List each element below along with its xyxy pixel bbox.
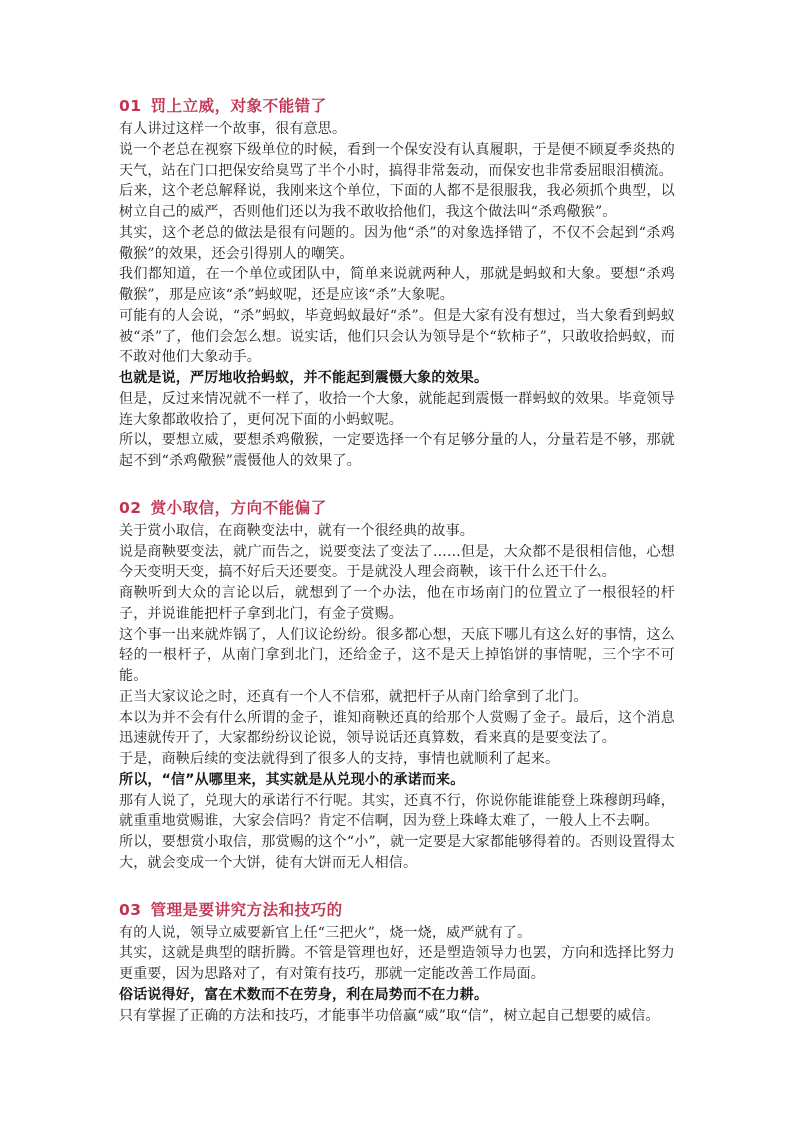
paragraph: 正当大家议论之时，还真有一个人不信邪，就把杆子从南门给拿到了北门。 bbox=[119, 687, 675, 708]
paragraph: 我们都知道，在一个单位或团队中，简单来说就两种人，那就是蚂蚁和大象。要想“杀鸡儆… bbox=[119, 264, 675, 306]
section-number: 02 bbox=[119, 499, 142, 517]
paragraph: 于是，商鞅后续的变法就得到了很多人的支持，事情也就顺利了起来。 bbox=[119, 749, 675, 770]
paragraph: 但是，反过来情况就不一样了，收拾一个大象，就能起到震慑一群蚂蚁的效果。毕竟领导连… bbox=[119, 389, 675, 431]
article-section: 01罚上立威，对象不能错了 有人讲过这样一个故事，很有意思。 说一个老总在视察下… bbox=[119, 96, 675, 472]
article-section: 02赏小取信，方向不能偏了 关于赏小取信，在商鞅变法中，就有一个很经典的故事。 … bbox=[119, 498, 675, 874]
section-heading: 03管理是要讲究方法和技巧的 bbox=[119, 900, 675, 921]
paragraph: 那有人说了，兑现大的承诺行不行呢。其实，还真不行，你说你能谁能登上珠穆朗玛峰，就… bbox=[119, 791, 675, 833]
paragraph: 其实，这个老总的做法是很有问题的。因为他“杀”的对象选择错了，不仅不会起到“杀鸡… bbox=[119, 223, 675, 265]
paragraph: 说一个老总在视察下级单位的时候，看到一个保安没有认真履职，于是便不顾夏季炎热的天… bbox=[119, 140, 675, 182]
section-title: 赏小取信，方向不能偏了 bbox=[151, 499, 327, 517]
paragraph: 只有掌握了正确的方法和技巧，才能事半功倍赢“威”取“信”，树立起自己想要的威信。 bbox=[119, 1006, 675, 1027]
paragraph: 可能有的人会说，“杀”蚂蚁，毕竟蚂蚁最好“杀”。但是大家有没有想过，当大象看到蚂… bbox=[119, 306, 675, 368]
section-heading: 02赏小取信，方向不能偏了 bbox=[119, 498, 675, 519]
section-title: 罚上立威，对象不能错了 bbox=[151, 97, 327, 115]
section-number: 01 bbox=[119, 97, 142, 115]
paragraph: 关于赏小取信，在商鞅变法中，就有一个很经典的故事。 bbox=[119, 521, 675, 542]
document-page: 01罚上立威，对象不能错了 有人讲过这样一个故事，很有意思。 说一个老总在视察下… bbox=[0, 0, 793, 1122]
paragraph: 有的人说，领导立威要新官上任“三把火”，烧一烧，威严就有了。 bbox=[119, 923, 675, 944]
paragraph: 这个事一出来就炸锅了，人们议论纷纷。很多都心想，天底下哪儿有这么好的事情，这么轻… bbox=[119, 625, 675, 687]
key-point-paragraph: 俗话说得好，富在术数而不在劳身，利在局势而不在力耕。 bbox=[119, 985, 675, 1006]
paragraph: 说是商鞅要变法，就广而告之，说要变法了变法了......但是，大众都不是很相信他… bbox=[119, 542, 675, 584]
section-title: 管理是要讲究方法和技巧的 bbox=[151, 901, 343, 919]
paragraph: 商鞅听到大众的言论以后，就想到了一个办法，他在市场南门的位置立了一根很轻的杆子，… bbox=[119, 583, 675, 625]
paragraph: 所以，要想立威，要想杀鸡儆猴，一定要选择一个有足够分量的人，分量若是不够，那就起… bbox=[119, 430, 675, 472]
paragraph: 后来，这个老总解释说，我刚来这个单位，下面的人都不是很服我，我必须抓个典型，以树… bbox=[119, 181, 675, 223]
paragraph: 所以，要想赏小取信，那赏赐的这个“小”，就一定要是大家都能够得着的。否则设置得太… bbox=[119, 832, 675, 874]
document-content: 01罚上立威，对象不能错了 有人讲过这样一个故事，很有意思。 说一个老总在视察下… bbox=[119, 96, 675, 1026]
key-point-paragraph: 所以，“信”从哪里来，其实就是从兑现小的承诺而来。 bbox=[119, 770, 675, 791]
section-number: 03 bbox=[119, 901, 142, 919]
paragraph: 本以为并不会有什么所谓的金子，谁知商鞅还真的给那个人赏赐了金子。最后，这个消息迅… bbox=[119, 708, 675, 750]
key-point-paragraph: 也就是说，严厉地收拾蚂蚁，并不能起到震慑大象的效果。 bbox=[119, 368, 675, 389]
paragraph: 有人讲过这样一个故事，很有意思。 bbox=[119, 119, 675, 140]
paragraph: 其实，这就是典型的瞎折腾。不管是管理也好，还是塑造领导力也罢，方向和选择比努力更… bbox=[119, 943, 675, 985]
section-heading: 01罚上立威，对象不能错了 bbox=[119, 96, 675, 117]
article-section: 03管理是要讲究方法和技巧的 有的人说，领导立威要新官上任“三把火”，烧一烧，威… bbox=[119, 900, 675, 1027]
